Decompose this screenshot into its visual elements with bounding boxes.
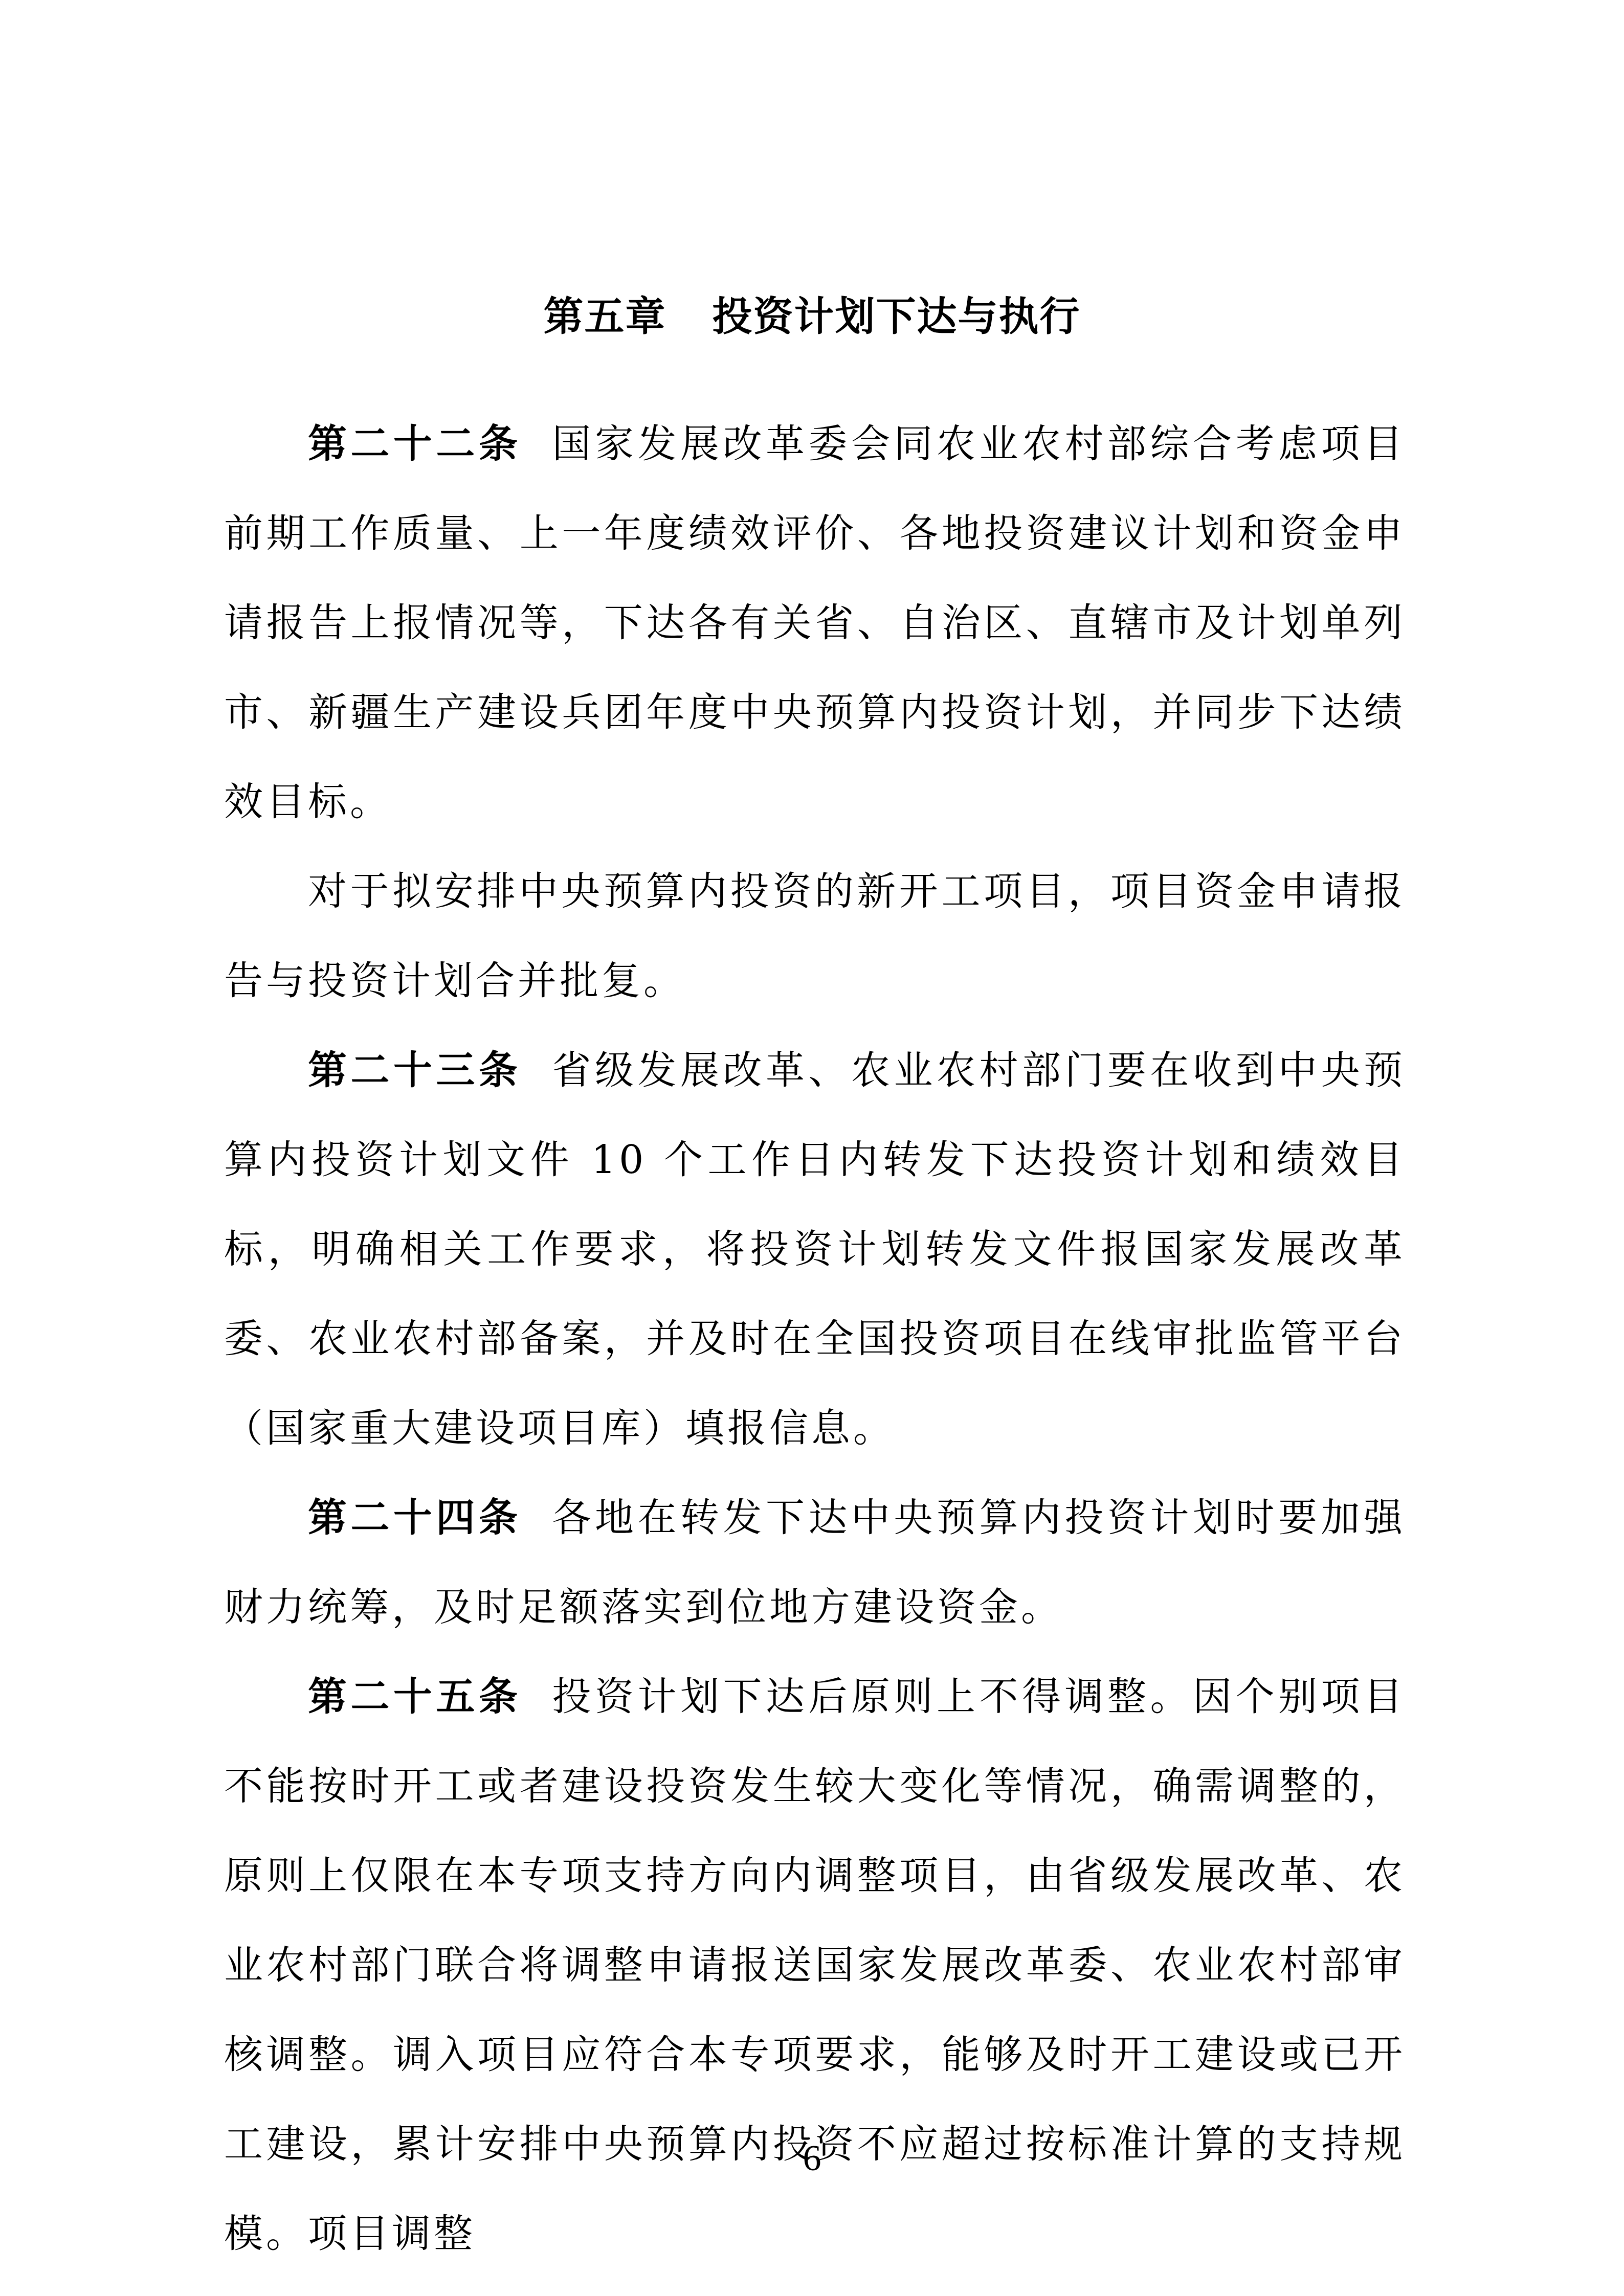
article-23-paragraph: 第二十三条省级发展改革、农业农村部门要在收到中央预算内投资计划文件 10 个工作… — [224, 1025, 1406, 1473]
article-label: 第二十五条 — [308, 1674, 522, 1719]
chapter-heading: 第五章投资计划下达与执行 — [0, 291, 1624, 343]
article-24-paragraph: 第二十四条各地在转发下达中央预算内投资计划时要加强财力统筹，及时足额落实到位地方… — [224, 1473, 1406, 1652]
document-page: 第五章投资计划下达与执行 第二十二条国家发展改革委会同农业农村部综合考虑项目前期… — [0, 0, 1624, 2296]
article-label: 第二十三条 — [308, 1047, 522, 1093]
chapter-title-text: 投资计划下达与执行 — [713, 294, 1081, 340]
page-number: 6 — [0, 2135, 1624, 2181]
paragraph-text: 对于拟安排中央预算内投资的新开工项目，项目资金申请报告与投资计划合并批复。 — [224, 868, 1406, 1003]
document-body: 第二十二条国家发展改革委会同农业农村部综合考虑项目前期工作质量、上一年度绩效评价… — [224, 399, 1406, 2278]
article-25-paragraph: 第二十五条投资计划下达后原则上不得调整。因个别项目不能按时开工或者建设投资发生较… — [224, 1652, 1406, 2278]
article-22-paragraph: 第二十二条国家发展改革委会同农业农村部综合考虑项目前期工作质量、上一年度绩效评价… — [224, 399, 1406, 846]
article-22-continuation-paragraph: 对于拟安排中央预算内投资的新开工项目，项目资金申请报告与投资计划合并批复。 — [224, 846, 1406, 1025]
article-label: 第二十四条 — [308, 1495, 522, 1540]
article-text: 省级发展改革、农业农村部门要在收到中央预算内投资计划文件 10 个工作日内转发下… — [224, 1047, 1406, 1451]
article-text: 国家发展改革委会同农业农村部综合考虑项目前期工作质量、上一年度绩效评价、各地投资… — [224, 421, 1406, 824]
article-label: 第二十二条 — [308, 421, 522, 466]
chapter-number: 第五章 — [543, 294, 666, 340]
